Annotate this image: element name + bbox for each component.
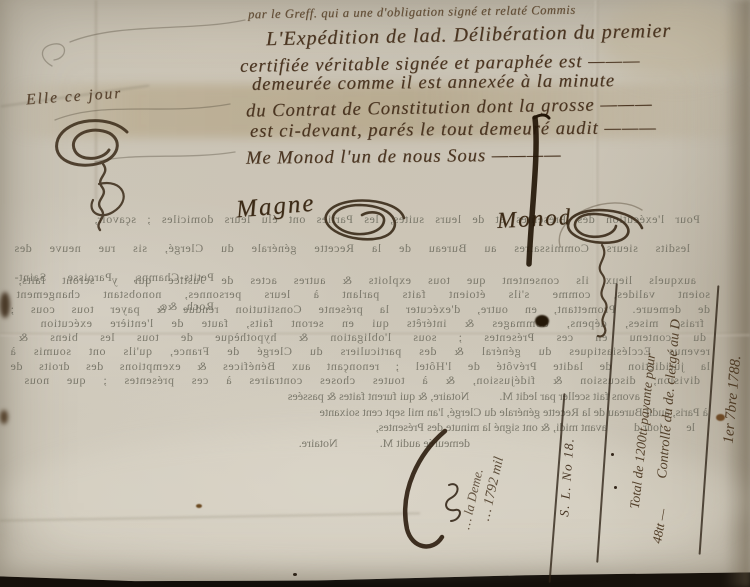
printed-line: revenus Ecclésiastiques du général & des… xyxy=(10,344,710,358)
printed-line: à Paris, audit Bureau de la Recette géné… xyxy=(14,405,708,421)
printed-line: la juridiction de ladite Prévôté de l'Hô… xyxy=(10,359,710,373)
handwritten-line: Me Monod l'un de nous Sous ———— xyxy=(246,145,562,169)
monod-paraph-flourish xyxy=(552,198,652,343)
printed-line: le jour d avant midi, & ont signé la min… xyxy=(55,420,695,436)
handwritten-line: est ci-devant, parés le tout demeuré aud… xyxy=(250,118,657,143)
left-paraph-flourish xyxy=(45,112,160,237)
printed-line: division, discussion & fidéjussion, & à … xyxy=(24,373,700,387)
handwritten-line: demeurée comme il est annexée à la minut… xyxy=(252,71,615,96)
printed-line: avons fait sceller par ledit M. Notaire,… xyxy=(60,389,640,405)
photo-of-parchment-document: Pour l'exécution des Présentes et de leu… xyxy=(0,0,750,587)
heavy-ink-stroke xyxy=(518,112,552,272)
magne-paraph-flourish xyxy=(312,190,412,250)
